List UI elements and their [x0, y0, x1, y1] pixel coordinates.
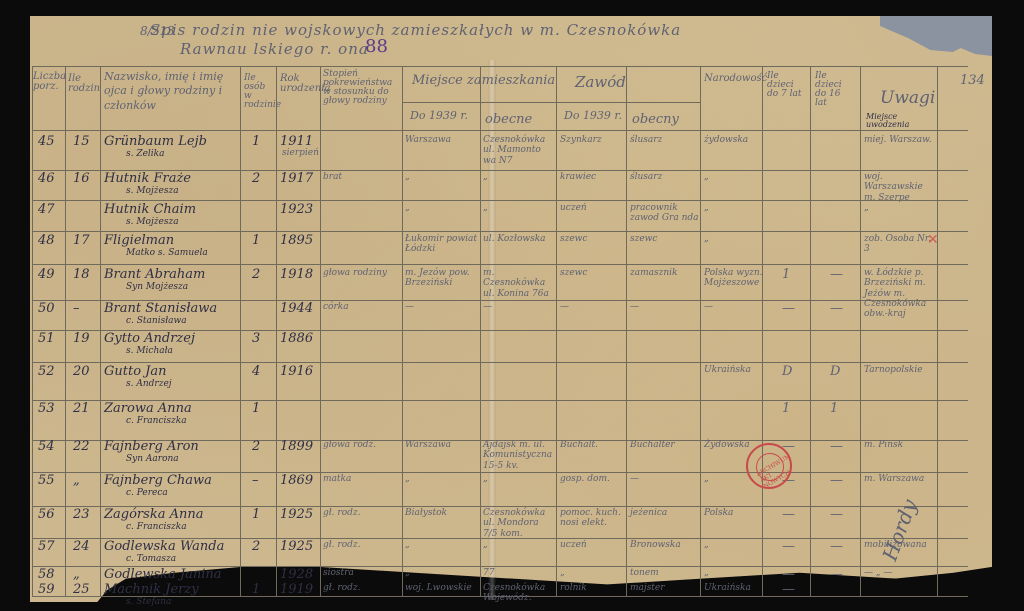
- cell-nr: 45: [38, 135, 55, 148]
- header-occupation-1939: Do 1939 r.: [564, 110, 622, 121]
- grid-vertical-line: [240, 66, 241, 596]
- cell-narod: „: [704, 568, 776, 578]
- cell-zaw1939: Buchalt.: [560, 440, 632, 450]
- cell-name1: Fajnberg Chawa: [104, 474, 212, 487]
- cell-nr: 52: [38, 365, 55, 378]
- cell-zawob: majster: [630, 583, 702, 593]
- header-remarks: Uwagi: [880, 90, 935, 107]
- cell-obecne: ul. Kozłowska: [483, 234, 555, 244]
- cell-d16: —: [830, 508, 843, 521]
- cell-rodz: 20: [73, 365, 90, 378]
- header-residence-1939: Do 1939 r.: [410, 110, 468, 121]
- cell-osob: 1: [252, 508, 260, 521]
- grid-vertical-line: [937, 66, 938, 596]
- cell-zaw1939: pomoc. kuch. nosi elekt.: [560, 508, 632, 529]
- cell-nr: 47: [38, 203, 55, 216]
- cell-rodz: 21: [73, 402, 90, 415]
- header-children-16: Ile dzieci do 16 lat: [815, 72, 855, 108]
- cell-osob: –: [252, 474, 259, 487]
- cell-name2: c. Stanisława: [126, 317, 187, 326]
- cell-rodz: 16: [73, 172, 90, 185]
- cell-name2: s. Stefana: [126, 598, 171, 607]
- cell-name2: s. Mojżesza: [126, 218, 179, 227]
- cell-rok: 1925: [280, 540, 313, 553]
- grid-vertical-line: [100, 66, 101, 596]
- cell-obecne: „: [483, 540, 555, 550]
- cell-name2: Syn Aarona: [126, 455, 179, 464]
- cell-uwagi: zob. Osoba Nr. 3: [864, 234, 934, 255]
- cell-stopien: gł. rodz.: [323, 540, 395, 550]
- cell-stopien: głowa rodz.: [323, 440, 395, 450]
- cell-osob: 2: [252, 172, 260, 185]
- cell-d7: —: [782, 508, 795, 521]
- title-number: 88: [365, 38, 388, 56]
- cell-stopien: siostra: [323, 568, 395, 578]
- cell-rodz: 22: [73, 440, 90, 453]
- cell-d7: 1: [782, 402, 790, 415]
- grid-vertical-line: [480, 66, 481, 596]
- cell-zawob: jeżenica: [630, 508, 702, 518]
- header-remarks-sub: Miejsce uwodzenia: [866, 113, 932, 129]
- cell-zawob: ślusarz: [630, 172, 702, 182]
- cell-zawob: ślusarz: [630, 135, 702, 145]
- cell-d16: —: [830, 302, 843, 315]
- cell-rodz: „: [73, 474, 80, 487]
- cell-name1: Godlewska Janina: [104, 568, 222, 581]
- cell-narod: „: [704, 203, 776, 213]
- cell-obecne: Czesnokówka ul. Mondora 7/5 kom.: [483, 508, 555, 539]
- page-number: 134: [960, 74, 985, 87]
- cell-do1939: —: [405, 302, 477, 312]
- cell-rok: 1923: [280, 203, 313, 216]
- cell-name1: Fligielman: [104, 234, 174, 247]
- cell-name2: c. Tomasza: [126, 555, 176, 564]
- grid-vertical-line: [65, 66, 66, 596]
- cell-d7: —: [782, 583, 795, 596]
- header-birth-year: Rok urodzenia: [280, 74, 310, 94]
- grid-vertical-line: [810, 66, 811, 596]
- grid-vertical-line: [32, 66, 33, 596]
- cell-d16: —: [830, 268, 843, 281]
- cell-stopien: córka: [323, 302, 395, 312]
- cell-zawob: zamasznik: [630, 268, 702, 278]
- grid-horizontal-line: [32, 264, 968, 265]
- cell-narod: „: [704, 234, 776, 244]
- cell-narod: Polska: [704, 508, 776, 518]
- cell-d7: 1: [782, 268, 790, 281]
- cell-name1: Machnik Jerzy: [104, 583, 199, 596]
- cell-narod: Ukraińska: [704, 583, 776, 593]
- cell-rok: 1916: [280, 365, 313, 378]
- page-subtitle: Rawnau lskiego r. ona: [180, 42, 369, 57]
- grid-horizontal-line: [32, 66, 968, 67]
- cell-d16: —: [830, 568, 843, 581]
- cell-d16: D: [830, 365, 840, 378]
- cell-nr: 46: [38, 172, 55, 185]
- cell-name1: Brant Abraham: [104, 268, 205, 281]
- red-cross-mark: ✕: [927, 232, 939, 248]
- cell-obecne: Czesnokówka Wojewódz.: [483, 583, 555, 604]
- cell-zawob: Buchalter: [630, 440, 702, 450]
- cell-name2: s. Andrzej: [126, 380, 172, 389]
- cell-obecne: —: [483, 302, 555, 312]
- cell-zaw1939: uczeń: [560, 203, 632, 213]
- cell-d7: —: [782, 568, 795, 581]
- cell-stopien: gł. rodz.: [323, 508, 395, 518]
- cell-narod: Polska wyzn. Mojżeszowe: [704, 268, 776, 289]
- cell-obecne: „: [483, 474, 555, 484]
- cell-rok: 1917: [280, 172, 313, 185]
- cell-zaw1939: szewc: [560, 234, 632, 244]
- grid-horizontal-line: [32, 130, 968, 131]
- cell-do1939: woj. Lwowskie: [405, 583, 477, 593]
- cell-name1: Zagórska Anna: [104, 508, 203, 521]
- cell-rodz: –: [73, 302, 80, 315]
- cell-d7: —: [782, 540, 795, 553]
- cell-name1: Godlewska Wanda: [104, 540, 224, 553]
- cell-d16: —: [830, 540, 843, 553]
- cell-nr: 49: [38, 268, 55, 281]
- header-children-7: Ile dzieci do 7 lat: [767, 72, 807, 99]
- cell-uwagi: w. Łódzkie p. Brzeziński m. Jeżów m. Cze…: [864, 268, 934, 320]
- cell-name2: c. Franciszka: [126, 417, 187, 426]
- cell-name2: c. Franciszka: [126, 523, 187, 532]
- cell-zaw1939: rolnik: [560, 583, 632, 593]
- cell-zawob: szewc: [630, 234, 702, 244]
- cell-uwagi: m. Warszawa: [864, 474, 934, 484]
- cell-stopien: gł. rodz.: [323, 583, 395, 593]
- cell-rok: 1899: [280, 440, 313, 453]
- header-nationality: Narodowość: [704, 74, 759, 84]
- cell-nr: 58: [38, 568, 55, 581]
- cell-zawob: pracownik zawod Gra nda: [630, 203, 702, 224]
- cell-rok: 1918: [280, 268, 313, 281]
- cell-d7: —: [782, 302, 795, 315]
- header-occupation: Zawód: [575, 75, 626, 90]
- cell-rodz: 23: [73, 508, 90, 521]
- cell-osob: 3: [252, 332, 260, 345]
- cell-d16: 1: [830, 402, 838, 415]
- header-relationship: Stopień pokrewieństwa w stosunku do głow…: [323, 70, 393, 106]
- cell-name2: c. Pereca: [126, 489, 168, 498]
- cell-do1939: „: [405, 568, 477, 578]
- cell-zaw1939: —: [560, 302, 632, 312]
- cell-name1: Zarowa Anna: [104, 402, 192, 415]
- cell-narod: żydowska: [704, 135, 776, 145]
- cell-zaw1939: „: [560, 568, 632, 578]
- header-nr: Liczba porz.: [33, 72, 63, 92]
- cell-obecne: 77: [483, 568, 555, 578]
- cell-rok: 1886: [280, 332, 313, 345]
- cell-name2: s. Michała: [126, 347, 173, 356]
- cell-name1: Brant Stanisława: [104, 302, 217, 315]
- cell-nr: 56: [38, 508, 55, 521]
- page-title: Spis rodzin nie wojskowych zamieszkałych…: [150, 23, 681, 38]
- cell-name1: Gytto Andrzej: [104, 332, 195, 345]
- cell-d7: D: [782, 365, 792, 378]
- cell-do1939: Białystok: [405, 508, 477, 518]
- cell-narod: Ukraińska: [704, 365, 776, 375]
- cell-birth-note: sierpień: [282, 149, 319, 158]
- cell-do1939: Warszawa: [405, 440, 477, 450]
- grid-vertical-line: [556, 66, 557, 596]
- archive-stamp: ARCHIWUM AKT NOWYCH: [746, 443, 792, 489]
- cell-nr: 50: [38, 302, 55, 315]
- cell-osob: 1: [252, 402, 260, 415]
- header-occupation-current: obecny: [632, 113, 679, 126]
- cell-uwagi: woj. Warszawskie m. Szerpe: [864, 172, 934, 203]
- cell-d16: —: [830, 440, 843, 453]
- cell-rok: 1925: [280, 508, 313, 521]
- cell-name1: Grünbaum Lejb: [104, 135, 207, 148]
- cell-uwagi: Tarnopolskie: [864, 365, 934, 375]
- cell-rodz: 17: [73, 234, 90, 247]
- cell-d16: —: [830, 474, 843, 487]
- cell-zawob: —: [630, 302, 702, 312]
- cell-zawob: —: [630, 474, 702, 484]
- grid-vertical-line: [402, 66, 403, 596]
- cell-rodz: 24: [73, 540, 90, 553]
- cell-osob: 2: [252, 540, 260, 553]
- grid-vertical-line: [860, 66, 861, 596]
- cell-osob: 4: [252, 365, 260, 378]
- grid-vertical-line: [276, 66, 277, 596]
- cell-rok: 1919: [280, 583, 313, 596]
- cell-zaw1939: Szynkarz: [560, 135, 632, 145]
- cell-rok: 1869: [280, 474, 313, 487]
- grid-vertical-line: [320, 66, 321, 596]
- cell-uwagi: „: [864, 203, 934, 213]
- cell-zaw1939: gosp. dom.: [560, 474, 632, 484]
- cell-rodz: 15: [73, 135, 90, 148]
- cell-uwagi: m. Pinsk: [864, 440, 934, 450]
- grid-horizontal-line: [32, 200, 968, 201]
- cell-zaw1939: szewc: [560, 268, 632, 278]
- cell-nr: 54: [38, 440, 55, 453]
- cell-narod: —: [704, 302, 776, 312]
- cell-obecne: m. Czesnokówka ul. Konina 76a: [483, 268, 555, 299]
- subheader-line: [402, 102, 700, 103]
- cell-name1: Fajnberg Aron: [104, 440, 199, 453]
- cell-name2: s. Zelika: [126, 150, 165, 159]
- cell-name2: Syn Mojżesza: [126, 283, 188, 292]
- cell-nr: 59: [38, 583, 55, 596]
- cell-do1939: „: [405, 203, 477, 213]
- cell-obecne: Ajdajsk m. ul. Komunistyczna 15-5 kv.: [483, 440, 555, 471]
- header-name: Nazwisko, imię i imię ojca i głowy rodzi…: [104, 70, 234, 113]
- cell-name1: Hutnik Fraże: [104, 172, 191, 185]
- cell-obecne: Czesnokówka ul. Mamonto wa N7: [483, 135, 555, 166]
- grid-horizontal-line: [32, 231, 968, 232]
- cell-name2: Matko s. Samuela: [126, 249, 208, 258]
- cell-name2: s. Mojżesza: [126, 187, 179, 196]
- header-families: Ile rodzin: [68, 74, 96, 94]
- cell-stopien: głowa rodziny: [323, 268, 395, 278]
- cell-rodz: 18: [73, 268, 90, 281]
- cell-nr: 57: [38, 540, 55, 553]
- cell-rok: 1911: [280, 135, 313, 148]
- cell-zaw1939: krawiec: [560, 172, 632, 182]
- cell-do1939: Łukomir powiat Łódzki: [405, 234, 477, 255]
- cell-nr: 55: [38, 474, 55, 487]
- cell-uwagi: — „ —: [864, 568, 934, 578]
- cell-nr: 48: [38, 234, 55, 247]
- cell-stopien: brat: [323, 172, 395, 182]
- cell-do1939: Warszawa: [405, 135, 477, 145]
- cell-rok: 1895: [280, 234, 313, 247]
- cell-do1939: „: [405, 540, 477, 550]
- cell-osob: 1: [252, 583, 260, 596]
- cell-rodz: 19: [73, 332, 90, 345]
- header-residence: Miejsce zamieszkania: [412, 74, 555, 87]
- cell-name1: Hutnik Chaim: [104, 203, 196, 216]
- cell-osob: 1: [252, 135, 260, 148]
- cell-name1: Gutto Jan: [104, 365, 167, 378]
- cell-osob: 2: [252, 268, 260, 281]
- cell-osob: 1: [252, 234, 260, 247]
- cell-narod: „: [704, 540, 776, 550]
- header-residence-current: obecne: [485, 113, 532, 126]
- cell-nr: 51: [38, 332, 55, 345]
- cell-rok: 1944: [280, 302, 313, 315]
- grid-horizontal-line: [32, 362, 968, 363]
- cell-zawob: Bronowska: [630, 540, 702, 550]
- cell-rodz: „: [73, 568, 80, 581]
- cell-rodz: 25: [73, 583, 90, 596]
- cell-obecne: „: [483, 203, 555, 213]
- header-persons: Ile osób w rodzinie: [244, 74, 270, 110]
- cell-zawob: tonem: [630, 568, 702, 578]
- cell-stopien: matka: [323, 474, 395, 484]
- cell-osob: 2: [252, 440, 260, 453]
- cell-do1939: „: [405, 474, 477, 484]
- cell-uwagi: miej. Warszaw.: [864, 135, 934, 145]
- cell-rok: 1928: [280, 568, 313, 581]
- cell-narod: „: [704, 172, 776, 182]
- cell-do1939: „: [405, 172, 477, 182]
- cell-zaw1939: uczeń: [560, 540, 632, 550]
- cell-nr: 53: [38, 402, 55, 415]
- cell-obecne: „: [483, 172, 555, 182]
- cell-do1939: m. Jezów pow. Brzeziński: [405, 268, 477, 289]
